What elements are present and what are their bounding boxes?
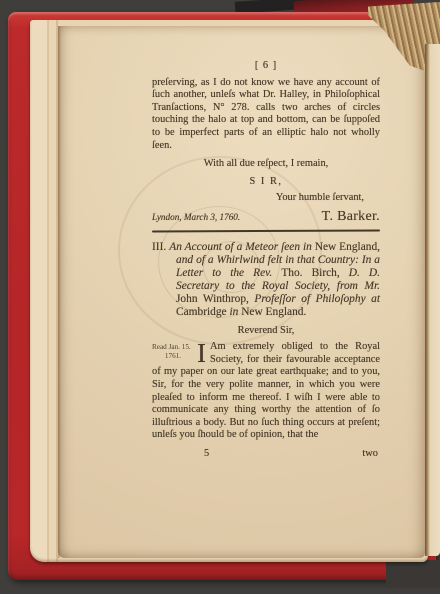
gutter-shadow <box>58 26 61 558</box>
heading-segment: Cambridge <box>176 306 229 318</box>
heading-segment: New England. <box>241 306 306 318</box>
corner-shadow <box>386 560 440 588</box>
facing-page-edge <box>425 44 440 556</box>
text-column: [ 6 ] preſerving, as I do not know we ha… <box>152 60 380 461</box>
paragraph-halo: preſerving, as I do not know we have any… <box>152 77 380 153</box>
book-page: [ 6 ] preſerving, as I do not know we ha… <box>58 26 425 558</box>
catchword: two <box>362 448 378 461</box>
letter-salutation: Reverend Sir, <box>152 325 380 338</box>
section-rule <box>152 229 380 232</box>
dateline: Lyndon, March 3, 1760. <box>152 211 240 224</box>
book-photograph: [ 6 ] preſerving, as I do not know we ha… <box>0 0 440 594</box>
catchword-row: 5 two <box>152 448 380 461</box>
margin-note-year: 1761. <box>152 352 194 361</box>
heading-segment: Tho. Birch, <box>281 267 348 279</box>
author-signature: T. Barker. <box>322 211 380 224</box>
closing-sir-line: S I R, <box>152 176 380 189</box>
heading-segment: An Account of a Meteor ſeen in <box>169 241 315 253</box>
signature-mark: 5 <box>204 448 209 461</box>
closing-respect-line: With all due reſpect, I remain, <box>152 158 380 171</box>
margin-note-date: Read Jan. 15. <box>152 343 194 352</box>
heading-segment: Profeſſor of Philoſophy at <box>254 293 380 305</box>
closing-servant-line: Your humble ſervant, <box>152 192 380 205</box>
article-heading: III.An Account of a Meteor ſeen in New E… <box>152 241 380 319</box>
page-number: [ 6 ] <box>152 60 380 73</box>
dateline-row: Lyndon, March 3, 1760. T. Barker. <box>152 211 380 224</box>
margin-note: Read Jan. 15.1761. <box>152 341 194 360</box>
paragraph-letter: Read Jan. 15.1761.IAm extremely obliged … <box>152 341 380 442</box>
heading-segment: John Winthrop, <box>176 293 254 305</box>
drop-cap: I <box>194 341 210 364</box>
heading-segment: in <box>229 306 241 318</box>
article-number: III. <box>152 241 169 253</box>
heading-segment: New England, <box>315 241 380 253</box>
